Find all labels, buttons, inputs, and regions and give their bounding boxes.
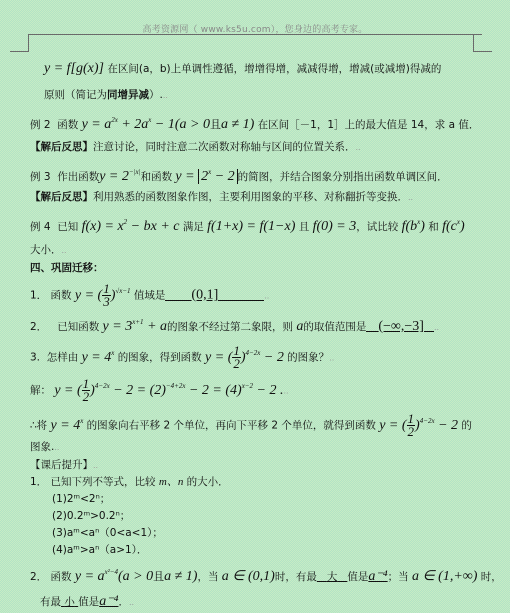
- reflection-label: 【解后反思】: [30, 141, 93, 153]
- formula: y = (12)4−2x − 2 = (2)−4+2x − 2 = (4)x−2…: [54, 383, 283, 398]
- inequality-item: (4)aᵐ>aⁿ（a>1）．: [52, 543, 147, 557]
- inequality-item: (1)2ᵐ<2ⁿ；: [52, 492, 110, 506]
- example-label: 例 4: [30, 221, 51, 233]
- formula: y = 3x+1 + a: [103, 319, 167, 334]
- intro-line-2: 原则（简记为同增异减）...: [44, 88, 168, 103]
- answer: 小: [61, 596, 78, 608]
- example-4-line-2: 大小．..: [30, 243, 67, 258]
- exercise-2: 2． 已知函数 y = 3x+1 + a的图象不经过第二象限，则 a的取值范围是…: [30, 315, 439, 335]
- exercise-1: 1． 函数 y = (13)√x−1 值域是(0,1]..: [30, 283, 269, 308]
- header-corner-right-horizontal: [473, 51, 492, 52]
- rule-emphasis: 同增异减: [107, 89, 149, 101]
- header-rule: [28, 34, 482, 35]
- header-corner-right-vertical: [473, 34, 474, 52]
- section-title: 四、巩固迁移：: [30, 261, 104, 275]
- answer: (−∞,−3]: [378, 319, 424, 334]
- formula: y = 2−|x|: [99, 169, 140, 184]
- example-label: 例 3: [30, 171, 51, 183]
- example-3: 例 3 作出函数y = 2−|x|和函数 y = 2x − 2的简图，并结合图象…: [30, 165, 448, 184]
- intro-line-1: y = f[g(x)] 在区间(a，b)上单调性遵循，增增得增，减减得增，增减(…: [44, 62, 441, 76]
- formula: f(x) = x2 − bx + c: [82, 219, 180, 234]
- exercise-3: 3. 怎样由 y = 4x 的图象，得到函数 y = (12)4−2x − 2 …: [30, 345, 334, 370]
- formula: y = ax²−4(a > 0且a ≠ 1): [75, 569, 198, 584]
- after-class-title: 【课后提升】..: [30, 458, 98, 473]
- example-2: 例 2 函数 y = a2x + 2ax − 1(a > 0且a ≠ 1) 在区…: [30, 113, 479, 132]
- reflection-1: 【解后反思】注意讨论，同时注意二次函数对称轴与区间的位置关系．..: [30, 140, 361, 155]
- after-class-q2-line-2: 有最 小 值是a⁻⁴．..: [40, 595, 134, 610]
- formula: y = a2x + 2ax − 1(a > 0且a ≠ 1): [82, 117, 255, 132]
- reflection-2: 【解后反思】利用熟悉的函数图象作图，主要利用图象的平移、对称翻折等变换．..: [30, 190, 413, 205]
- formula: y = f[g(x)]: [44, 61, 104, 76]
- solution: 解： y = (12)4−2x − 2 = (2)−4+2x − 2 = (4)…: [30, 378, 289, 403]
- conclusion-line-2: 图象...: [30, 440, 59, 455]
- example-label: 例 2: [30, 119, 51, 131]
- formula: f(1+x) = f(1−x): [207, 219, 295, 234]
- formula: f(cx): [442, 219, 465, 234]
- formula: y = 4x: [82, 350, 115, 365]
- after-class-q1: 1． 已知下列不等式，比较 m、n 的大小．: [30, 475, 229, 489]
- example-4: 例 4 已知 f(x) = x2 − bx + c 满足 f(1+x) = f(…: [30, 215, 465, 234]
- header-corner-left-vertical: [28, 34, 29, 52]
- formula: f(bx): [402, 219, 425, 234]
- formula: y = (12)4−2x − 2: [379, 418, 458, 433]
- reflection-label: 【解后反思】: [30, 191, 93, 203]
- header-corner-left-horizontal: [10, 51, 29, 52]
- answer: 大: [317, 571, 348, 583]
- formula: f(0) = 3: [313, 219, 357, 234]
- inequality-item: (2)0.2ᵐ>0.2ⁿ；: [52, 509, 130, 523]
- inequality-item: (3)aᵐ<aⁿ（0<a<1）；: [52, 526, 163, 540]
- answer: (0,1]: [191, 288, 218, 303]
- conclusion: ∴将 y = 4x 的图象向右平移 2 个单位，再向下平移 2 个单位，就得到函…: [30, 413, 472, 438]
- after-class-q2: 2． 函数 y = ax²−4(a > 0且a ≠ 1)，当 a ∈ (0,1)…: [30, 565, 502, 584]
- answer: a⁻⁴: [99, 594, 118, 609]
- formula: y = (13)√x−1: [75, 288, 131, 303]
- formula: y = 4x: [51, 418, 84, 433]
- formula: y = (12)4−2x − 2: [205, 350, 284, 365]
- formula: y = 2x − 2: [175, 169, 237, 184]
- answer: a⁻⁴: [368, 569, 387, 584]
